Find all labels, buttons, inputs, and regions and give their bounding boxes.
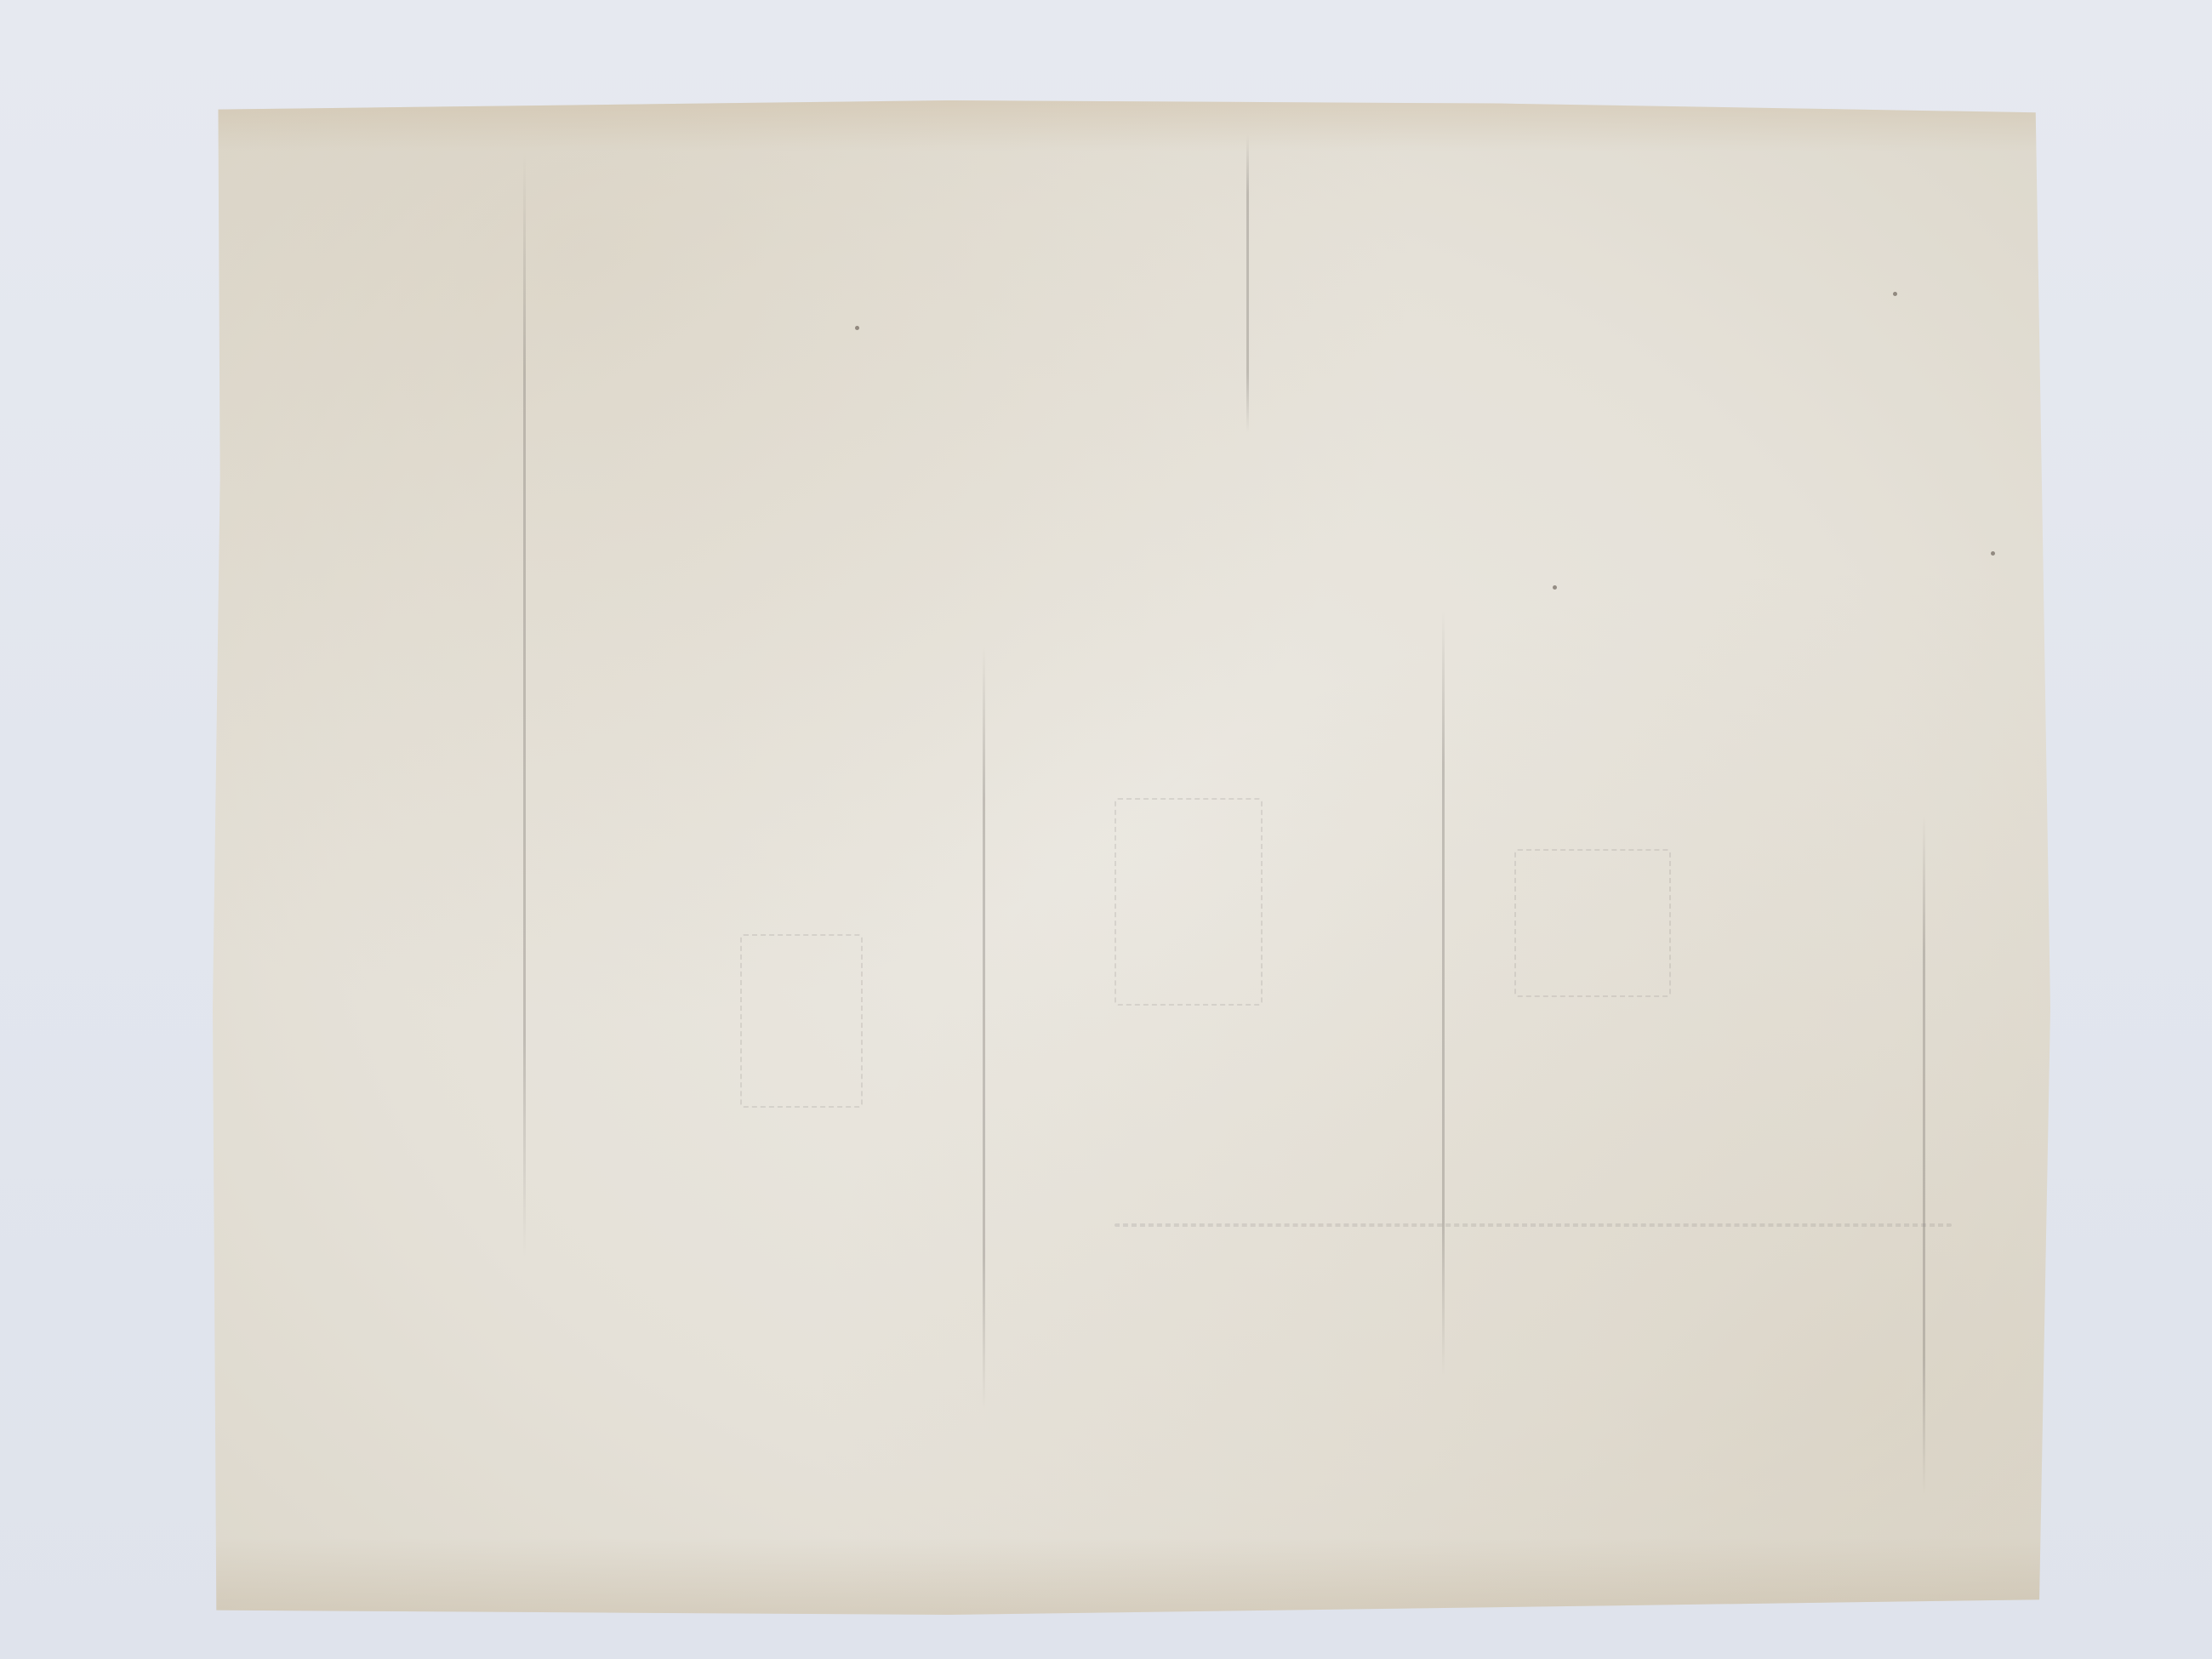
paper-speck	[1893, 292, 1897, 296]
paper-speck	[855, 326, 859, 330]
paper-sheet	[213, 100, 2050, 1615]
bottom-edge-discoloration	[213, 1538, 2050, 1615]
show-through-vertical-line	[523, 151, 526, 1257]
show-through-vertical-line	[1442, 611, 1445, 1377]
show-through-building-shape	[1514, 849, 1671, 997]
paper-speck	[1553, 585, 1557, 590]
show-through-vertical-line	[1246, 134, 1249, 432]
top-edge-discoloration	[213, 100, 2050, 151]
show-through-horizon-line	[1115, 1223, 1952, 1227]
show-through-vertical-line	[1923, 815, 1925, 1496]
photo-background	[0, 0, 2212, 1659]
show-through-building-shape	[740, 934, 863, 1108]
show-through-vertical-line	[983, 645, 985, 1411]
show-through-building-shape	[1115, 798, 1263, 1006]
torn-bottom-edge	[1616, 1611, 2042, 1613]
paper-speck	[1991, 551, 1995, 556]
